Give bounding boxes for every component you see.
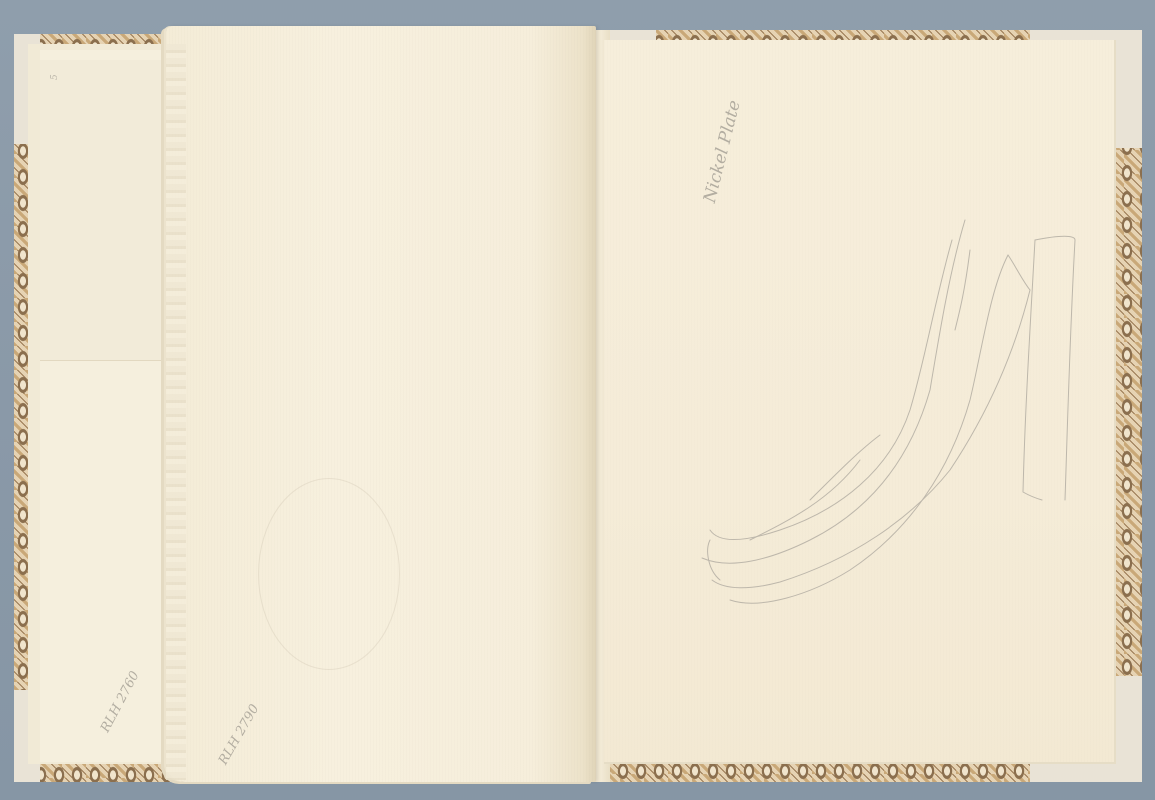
pencil-corner-mark: 5 [50,74,60,80]
page-stack-top-sheet [40,60,168,361]
offset-circle-mark [258,478,400,670]
left-page [166,26,596,782]
pencil-sketch [690,210,1090,650]
left-page-deckle-edge [166,44,186,780]
